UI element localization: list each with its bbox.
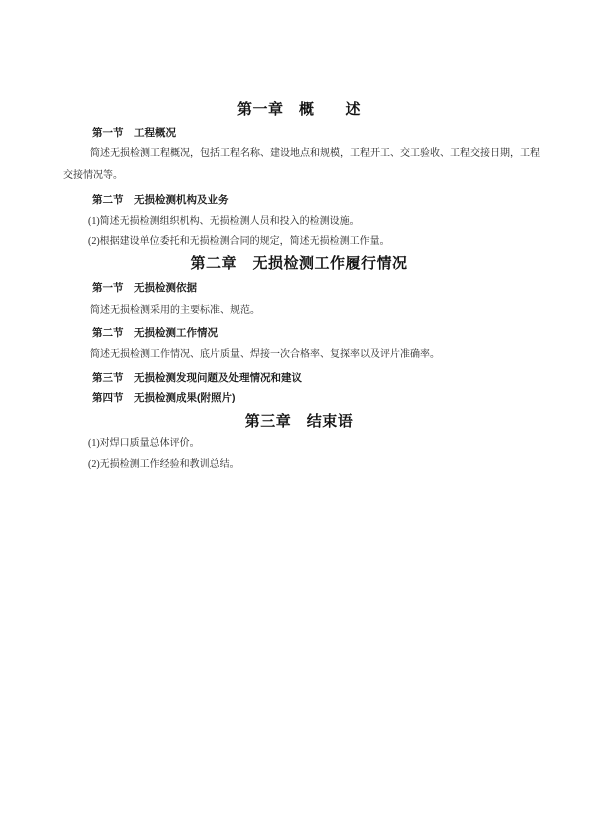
section-2-4-heading: 第四节 无损检测成果(附照片) [92,391,236,405]
list-item-1-2: (2)根据建设单位委托和无损检测合同的规定，简述无损检测工作量。 [88,235,390,249]
paragraph-1-1: 简述无损检测工程概况，包括工程名称、建设地点和规模，工程开工、交工验收、工程交接… [63,143,545,187]
section-1-2-heading: 第二节 无损检测机构及业务 [92,193,229,207]
section-2-2-heading: 第二节 无损检测工作情况 [92,326,218,340]
chapter-1-title: 第一章 概 述 [58,100,540,119]
list-item-3-2: (2)无损检测工作经验和教训总结。 [88,458,240,472]
paragraph-2-2: 简述无损检测工作情况、底片质量、焊接一次合格率、复探率以及评片准确率。 [63,344,545,366]
document-page: 第一章 概 述 第一节 工程概况 简述无损检测工程概况，包括工程名称、建设地点和… [0,0,590,835]
chapter-3-title: 第三章 结束语 [58,412,540,431]
section-2-1-heading: 第一节 无损检测依据 [92,281,197,295]
section-2-3-heading: 第三节 无损检测发现问题及处理情况和建议 [92,371,302,385]
list-item-1-1: (1)简述无损检测组织机构、无损检测人员和投入的检测设施。 [88,215,360,229]
chapter-2-title: 第二章 无损检测工作履行情况 [58,254,540,273]
paragraph-2-1: 简述无损检测采用的主要标准、规范。 [63,300,545,322]
section-1-1-heading: 第一节 工程概况 [92,126,176,140]
list-item-3-1: (1)对焊口质量总体评价。 [88,437,200,451]
